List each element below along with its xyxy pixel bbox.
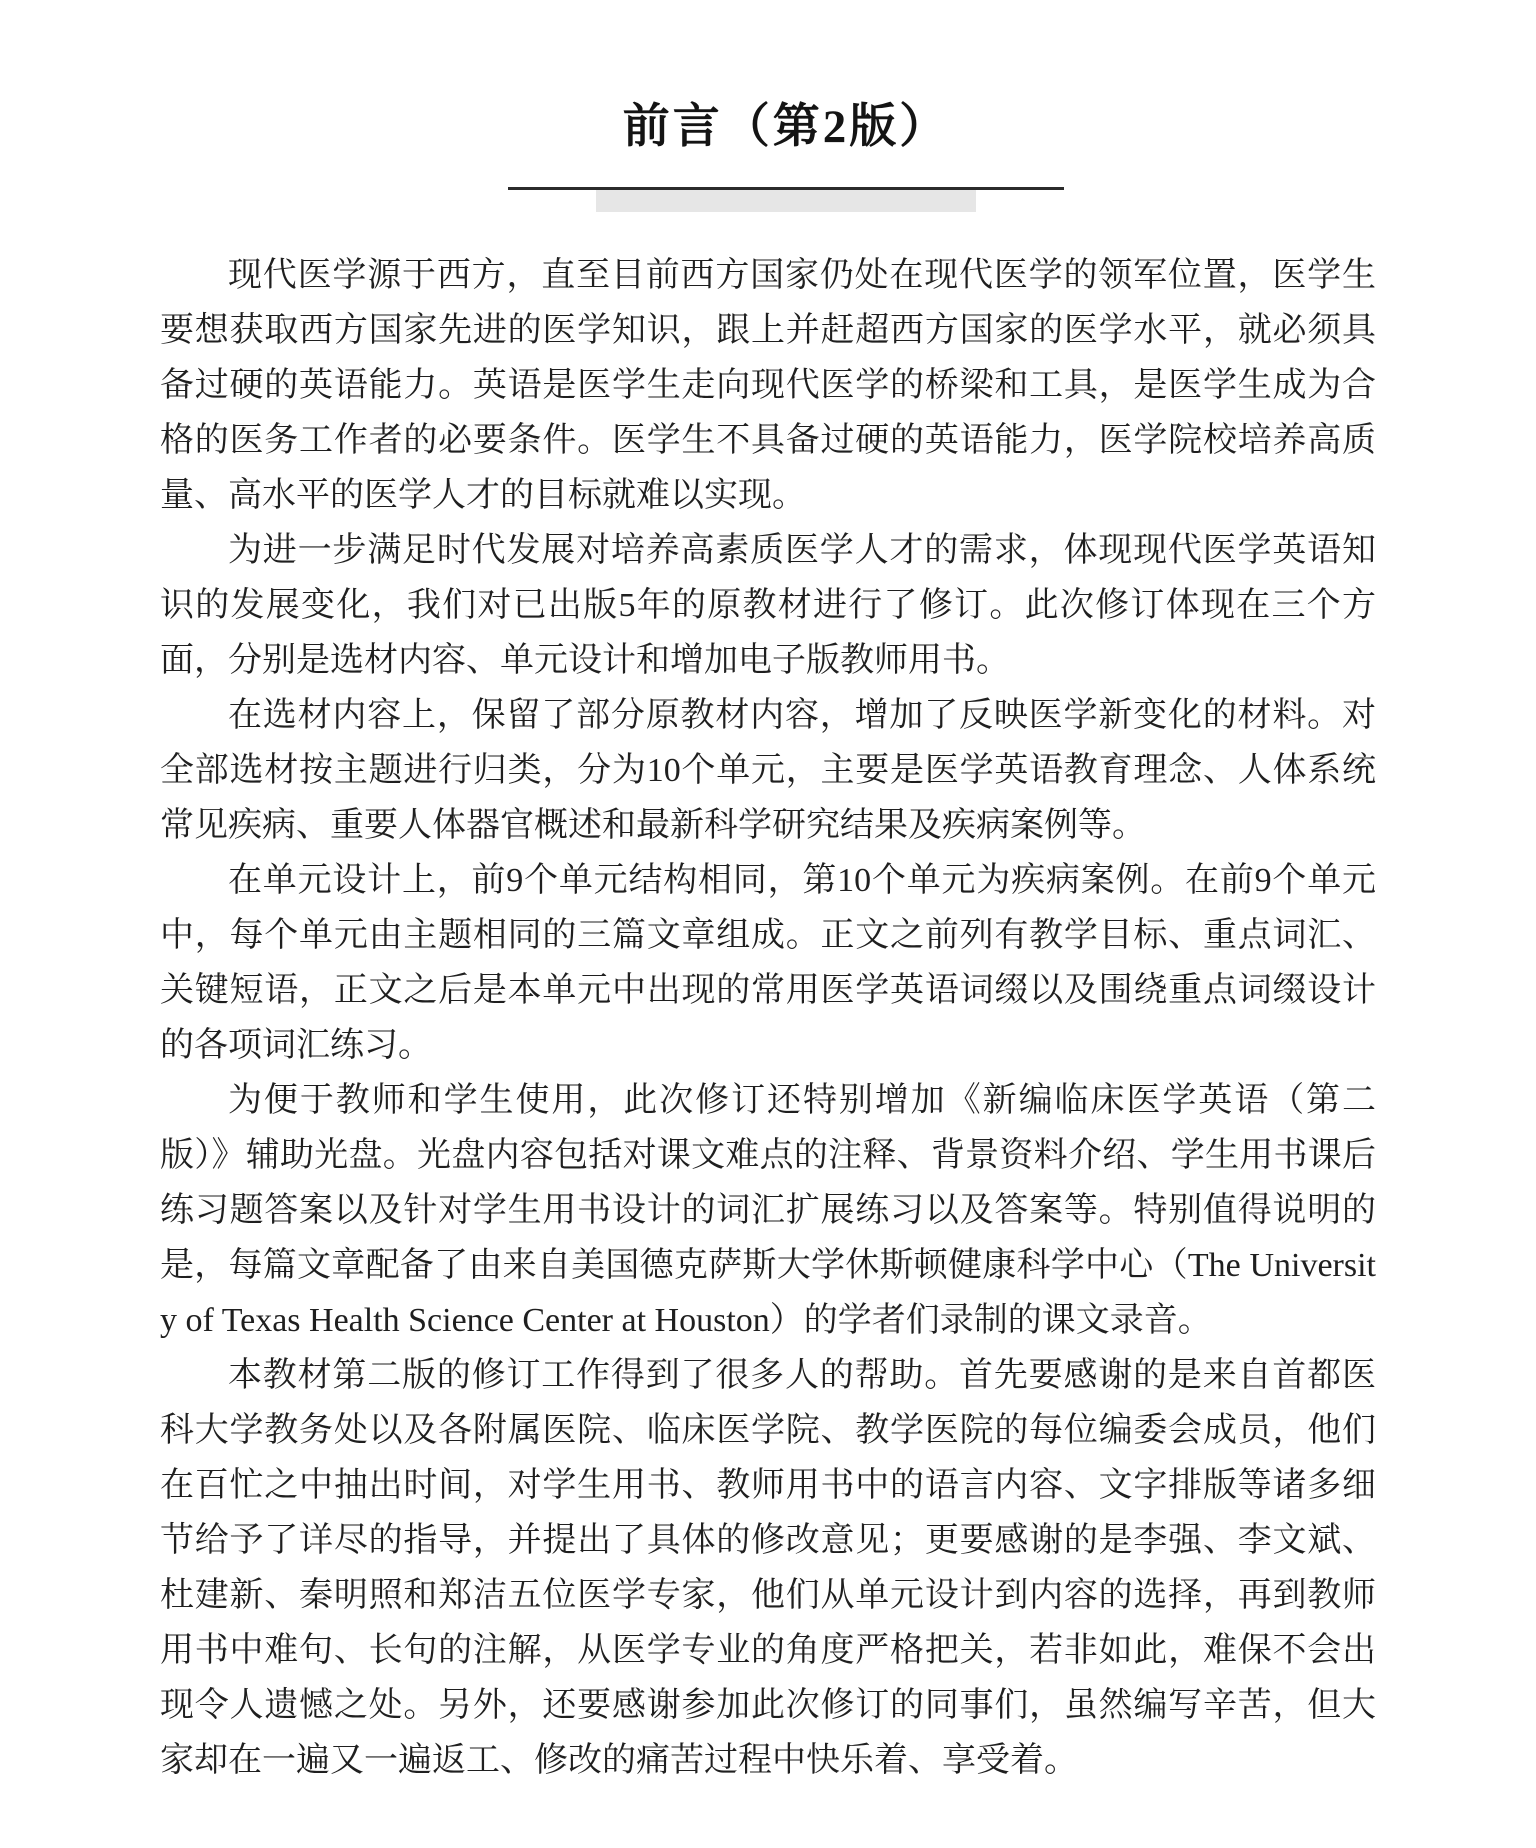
preface-paragraph-5: 为便于教师和学生使用，此次修订还特别增加《新编临床医学英语（第二版）》辅助光盘。… — [160, 1073, 1376, 1348]
title-underline-shadow — [596, 190, 976, 212]
title-rule-block — [508, 187, 1064, 212]
page-title: 前言（第2版） — [178, 104, 1394, 151]
preface-page: 前言（第2版） 现代医学源于西方，直至目前西方国家仍处在现代医学的领军位置，医学… — [0, 0, 1536, 1848]
preface-paragraph-6: 本教材第二版的修订工作得到了很多人的帮助。首先要感谢的是来自首都医科大学教务处以… — [160, 1348, 1376, 1788]
page-header: 前言（第2版） — [178, 104, 1394, 212]
preface-paragraph-3: 在选材内容上，保留了部分原教材内容，增加了反映医学新变化的材料。对全部选材按主题… — [160, 688, 1376, 853]
preface-paragraph-4: 在单元设计上，前9个单元结构相同，第10个单元为疾病案例。在前9个单元中，每个单… — [160, 853, 1376, 1073]
preface-body: 现代医学源于西方，直至目前西方国家仍处在现代医学的领军位置，医学生要想获取西方国… — [160, 248, 1376, 1788]
preface-paragraph-1: 现代医学源于西方，直至目前西方国家仍处在现代医学的领军位置，医学生要想获取西方国… — [160, 248, 1376, 523]
preface-paragraph-2: 为进一步满足时代发展对培养高素质医学人才的需求，体现现代医学英语知识的发展变化，… — [160, 523, 1376, 688]
